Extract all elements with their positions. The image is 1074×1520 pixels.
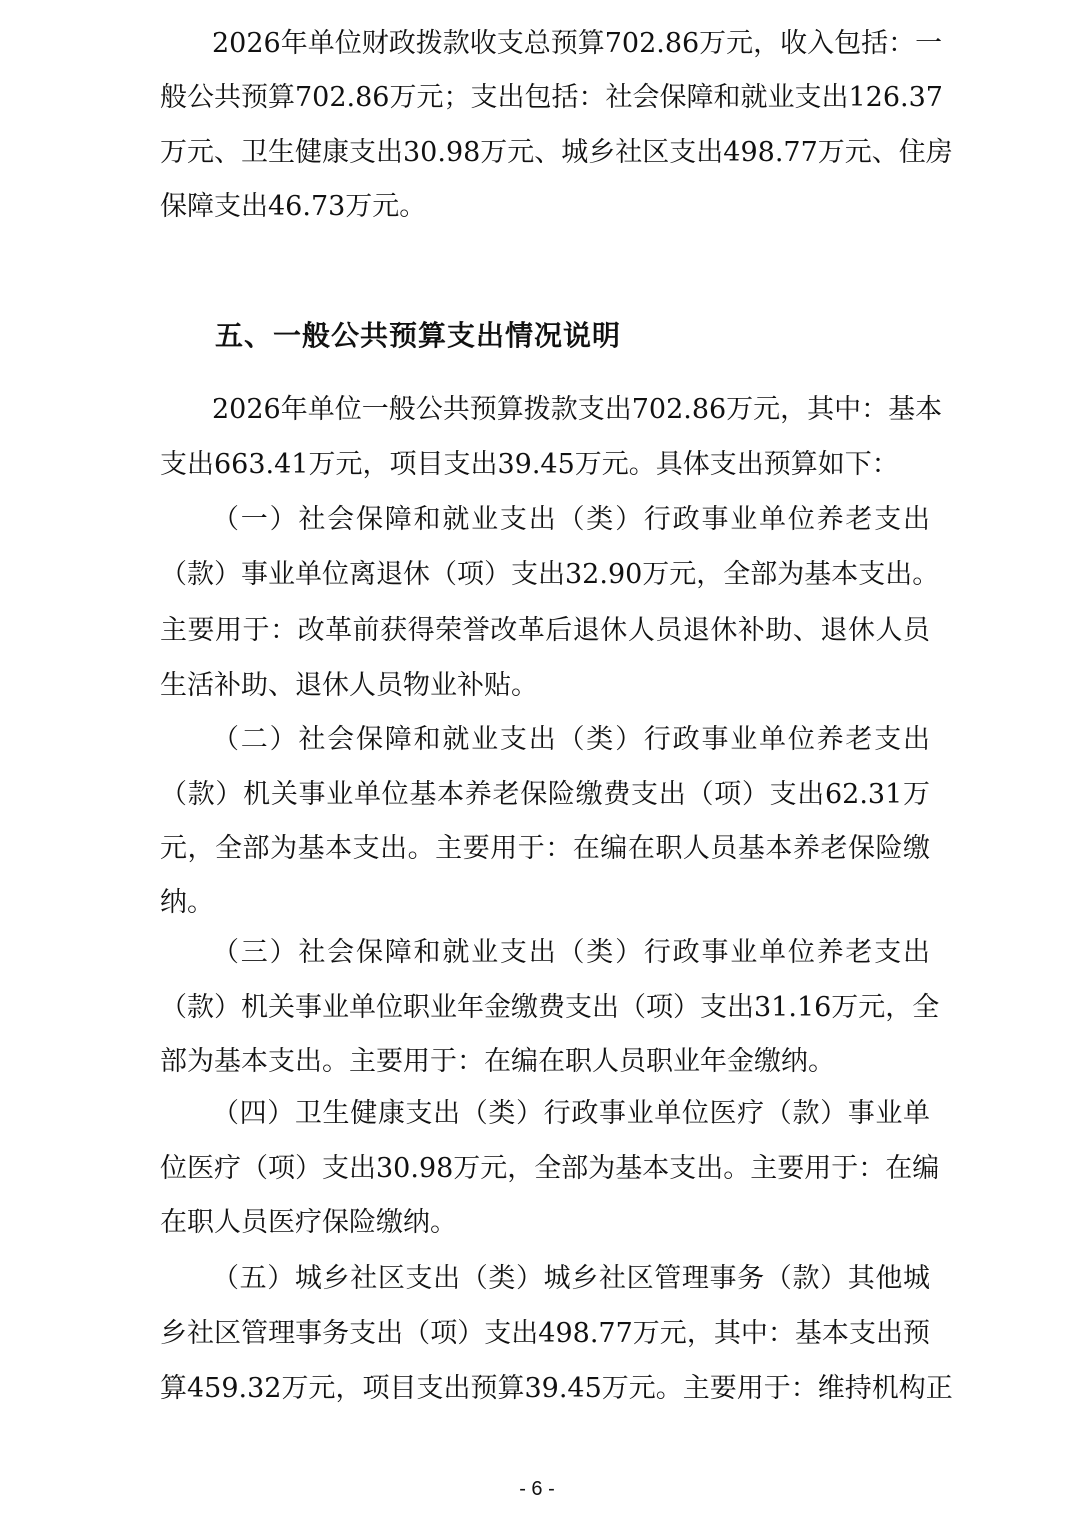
text-line: 位医疗（项）支出30.98万元，全部为基本支出。主要用于：在编 <box>160 1149 930 1189</box>
text-line: 般公共预算702.86万元；支出包括：社会保障和就业支出126.37 <box>160 78 930 118</box>
text-line: 在职人员医疗保险缴纳。 <box>160 1203 457 1243</box>
text-line: （款）机关事业单位基本养老保险缴费支出（项）支出62.31万 <box>160 775 930 815</box>
text-line: 乡社区管理事务支出（项）支出498.77万元，其中：基本支出预 <box>160 1314 930 1354</box>
text-line: 保障支出46.73万元。 <box>160 187 426 227</box>
text-line: （五）城乡社区支出（类）城乡社区管理事务（款）其他城 <box>212 1259 930 1299</box>
text-line: （四）卫生健康支出（类）行政事业单位医疗（款）事业单 <box>212 1094 930 1134</box>
text-line: 主要用于：改革前获得荣誉改革后退休人员退休补助、退休人员 <box>160 611 930 651</box>
text-line: 纳。 <box>160 883 214 923</box>
text-line: （二）社会保障和就业支出（类）行政事业单位养老支出 <box>212 720 930 760</box>
text-line: 部为基本支出。主要用于：在编在职人员职业年金缴纳。 <box>160 1042 835 1082</box>
text-line: 算459.32万元，项目支出预算39.45万元。主要用于：维持机构正 <box>160 1369 930 1409</box>
page-number: - 6 - <box>0 1478 1074 1501</box>
text-line: 2026年单位一般公共预算拨款支出702.86万元，其中：基本 <box>212 390 930 430</box>
text-line: 万元、卫生健康支出30.98万元、城乡社区支出498.77万元、住房 <box>160 133 930 173</box>
text-line: 支出663.41万元，项目支出39.45万元。具体支出预算如下： <box>160 445 899 485</box>
section-heading: 五、一般公共预算支出情况说明 <box>215 316 621 356</box>
text-line: （款）机关事业单位职业年金缴费支出（项）支出31.16万元，全 <box>160 988 930 1028</box>
text-line: （三）社会保障和就业支出（类）行政事业单位养老支出 <box>212 933 930 973</box>
text-line: 元，全部为基本支出。主要用于：在编在职人员基本养老保险缴 <box>160 829 930 869</box>
text-line: 2026年单位财政拨款收支总预算702.86万元，收入包括：一 <box>212 24 930 64</box>
text-line: （款）事业单位离退休（项）支出32.90万元，全部为基本支出。 <box>160 555 930 595</box>
text-line: （一）社会保障和就业支出（类）行政事业单位养老支出 <box>212 500 930 540</box>
text-line: 生活补助、退休人员物业补贴。 <box>160 666 538 706</box>
